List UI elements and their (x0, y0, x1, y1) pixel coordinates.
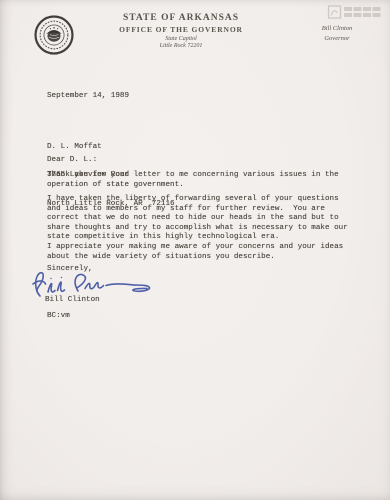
letterhead-city-zip: Little Rock 72201 (60, 43, 302, 50)
letterhead-state: STATE OF ARKANSAS (60, 13, 302, 23)
typist-initials: BC:vm (47, 312, 70, 322)
governor-block: Bill Clinton Governor (297, 24, 377, 43)
letter-page: STATE OF ARKANSAS OFFICE OF THE GOVERNOR… (0, 0, 390, 500)
body-paragraph: I have taken the liberty of forwarding s… (47, 195, 348, 243)
salutation: Dear D. L.: (47, 156, 97, 166)
typed-signature-name: Bill Clinton (45, 296, 100, 306)
governor-name: Bill Clinton (297, 24, 377, 34)
photo-watermark-icon (327, 3, 385, 22)
recipient-name: D. L. Moffat (47, 143, 175, 152)
letterhead-capitol: State Capitol (60, 36, 302, 43)
letter-date: September 14, 1989 (47, 92, 129, 102)
body-paragraph: I appreciate your making me aware of you… (47, 243, 343, 262)
letterhead-office: OFFICE OF THE GOVERNOR (60, 25, 302, 34)
body-paragraph: Thank you for your letter to me concerni… (47, 171, 339, 190)
governor-title: Governor (297, 34, 377, 44)
letterhead: STATE OF ARKANSAS OFFICE OF THE GOVERNOR… (60, 13, 302, 50)
